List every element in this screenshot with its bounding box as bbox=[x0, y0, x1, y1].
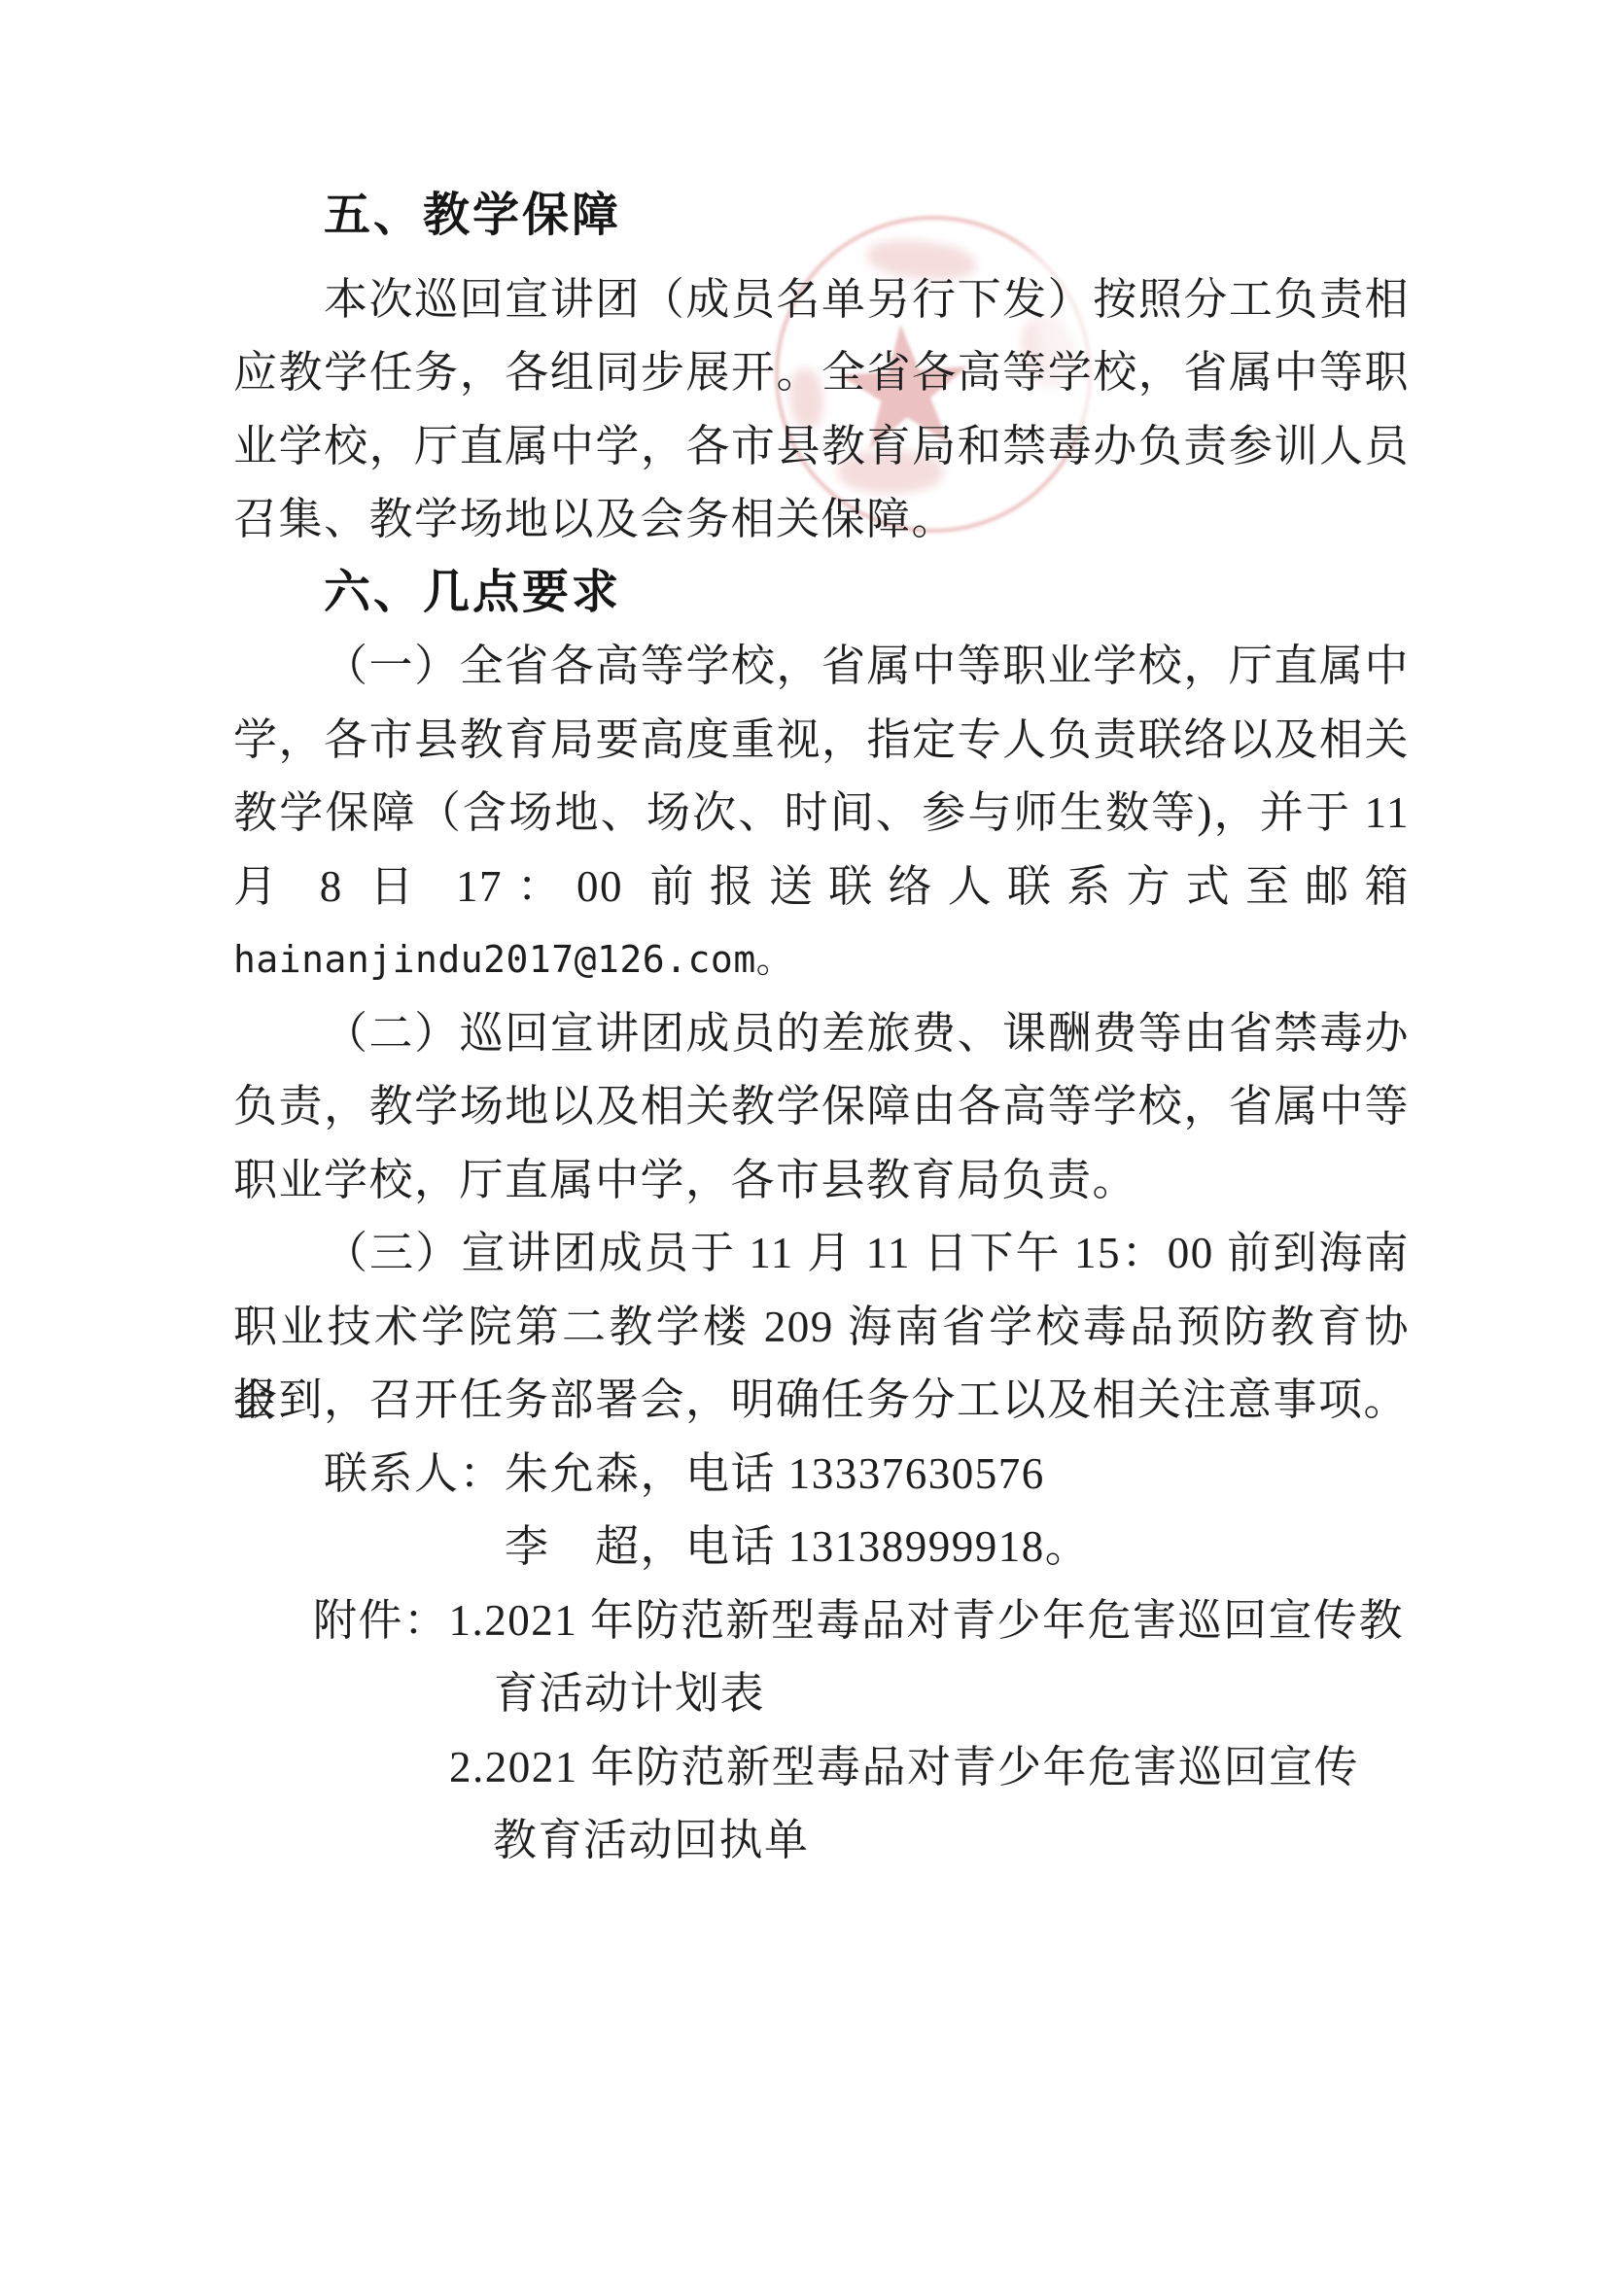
document-line: （二）巡回宣讲团成员的差旅费、课酬费等由省禁毒办 bbox=[233, 996, 1410, 1070]
document-line: 教学保障（含场地、场次、时间、参与师生数等)，并于 11 bbox=[233, 776, 1410, 850]
section-heading: 五、教学保障 bbox=[324, 179, 1410, 253]
document-line: 李 超，电话 13138999918。 bbox=[505, 1510, 1410, 1583]
document-line: （三）宣讲团成员于 11 月 11 日下午 15：00 前到海南 bbox=[233, 1216, 1410, 1290]
document-line: 2.2021 年防范新型毒品对青少年危害巡回宣传 bbox=[449, 1730, 1410, 1804]
document-line: 联系人：朱允森，电话 13337630576 bbox=[324, 1437, 1410, 1511]
document-line: 育活动计划表 bbox=[494, 1656, 1410, 1730]
document-line: （一）全省各高等学校，省属中等职业学校，厅直属中 bbox=[233, 629, 1410, 703]
document-line: 负责，教学场地以及相关教学保障由各高等学校，省属中等 bbox=[233, 1069, 1410, 1143]
document-line: 本次巡回宣讲团（成员名单另行下发）按照分工负责相 bbox=[233, 262, 1410, 336]
document-line: 学，各市县教育局要高度重视，指定专人负责联络以及相关 bbox=[233, 703, 1410, 777]
document-line: 职业技术学院第二教学楼 209 海南省学校毒品预防教育协会 bbox=[233, 1290, 1410, 1364]
scanned-document-page: ★ 五、教学保障本次巡回宣讲团（成员名单另行下发）按照分工负责相应教学任务，各组… bbox=[0, 0, 1607, 2296]
document-line: 召集、教学场地以及会务相关保障。 bbox=[233, 482, 1410, 556]
document-line: 报到，召开任务部署会，明确任务分工以及相关注意事项。 bbox=[233, 1363, 1410, 1437]
section-heading: 六、几点要求 bbox=[324, 556, 1410, 630]
document-line: 应教学任务，各组同步展开。全省各高等学校，省属中等职 bbox=[233, 335, 1410, 409]
document-line: hainanjindu2017@126.com。 bbox=[233, 922, 1410, 996]
document-line: 教育活动回执单 bbox=[493, 1803, 1410, 1877]
document-line: 附件：1.2021 年防范新型毒品对青少年危害巡回宣传教 bbox=[313, 1583, 1410, 1657]
document-line: 月 8 日 17：00 前报送联络人联系方式至邮箱 bbox=[233, 850, 1410, 923]
document-line: 职业学校，厅直属中学，各市县教育局负责。 bbox=[233, 1143, 1410, 1217]
document-line: 业学校，厅直属中学，各市县教育局和禁毒办负责参训人员 bbox=[233, 409, 1410, 483]
